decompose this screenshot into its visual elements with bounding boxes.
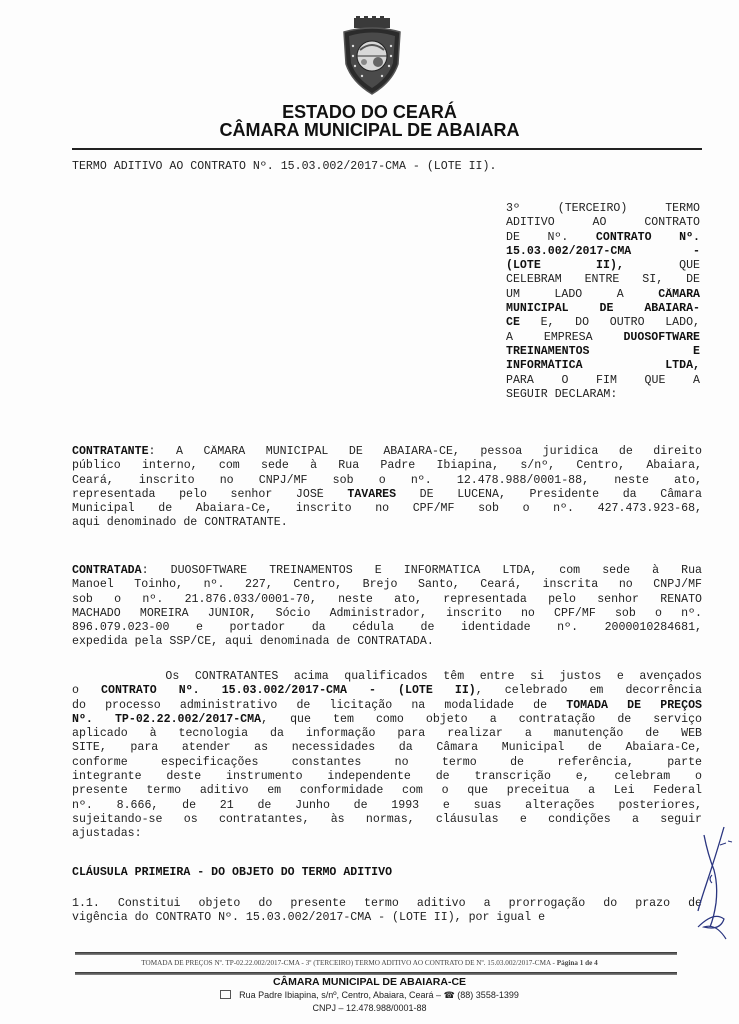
text-line: do processo administrativo de licitação … (72, 699, 702, 713)
footer-address: Rua Padre Ibiapina, s/nº, Centro, Abaiar… (0, 990, 739, 1001)
text-line: ajustadas: (72, 827, 702, 841)
header-divider (72, 148, 702, 150)
text-line: vigência do CONTRATO Nº. 15.03.002/2017-… (72, 911, 702, 925)
text-line: CELEBRAM ENTRE SI, DE (506, 273, 700, 287)
text-line: 3º (TERCEIRO) TERMO (506, 202, 700, 216)
footer-cnpj: CNPJ – 12.478.988/0001-88 (0, 1003, 739, 1013)
page-number: Página 1 de 4 (557, 959, 598, 967)
text-line: o CONTRATO Nº. 15.03.002/2017-CMA - (LOT… (72, 684, 702, 698)
text-line: 1.1. Constitui objeto do presente termo … (72, 897, 702, 911)
chamber-name: CÂMARA MUNICIPAL DE ABAIARA (0, 120, 739, 141)
text-line: TREINAMENTOS E (506, 345, 700, 359)
text-line: conforme especificações constantes no te… (72, 756, 702, 770)
text-line: sujeitando-se os contratantes, às normas… (72, 813, 702, 827)
text-line: sob o nº. 21.876.033/0001-70, neste ato,… (72, 593, 702, 607)
text-line: A EMPRESA DUOSOFTWARE (506, 331, 700, 345)
text-line: presente termo aditivo em conformidade c… (72, 784, 702, 798)
text-line: CONTRATANTE: A CÂMARA MUNICIPAL DE ABAIA… (72, 445, 702, 459)
text-line: 15.03.002/2017-CMA - (506, 245, 700, 259)
text-line: público interno, com sede à Rua Padre Ib… (72, 459, 702, 473)
text-line: MUNICIPAL DE ABAIARA- (506, 302, 700, 316)
text-line: aplicado à tecnologia da informação para… (72, 727, 702, 741)
text-line: nº. 8.666, de 21 de Junho de 1993 e suas… (72, 799, 702, 813)
text-line: Os CONTRATANTES acima qualificados têm e… (72, 670, 702, 684)
footer-org-name: CÂMARA MUNICIPAL DE ABAIARA-CE (0, 976, 739, 988)
text-line: aqui denominado de CONTRATANTE. (72, 516, 702, 530)
text-line: integrante deste instrumento independent… (72, 770, 702, 784)
text-line: UM LADO A CÂMARA (506, 288, 700, 302)
text-line: 896.079.023-00 e portador da cédula de i… (72, 621, 702, 635)
telephone-icon: ☎ (444, 990, 455, 1000)
text-line: CE E, DO OUTRO LADO, (506, 316, 700, 330)
signature-icon (690, 815, 735, 940)
text-line: Nº. TP-02.22.002/2017-CMA, que tem como … (72, 713, 702, 727)
text-line: (LOTE II), QUE (506, 259, 700, 273)
text-line: Ceará, inscrito no CNPJ/MF sob o nº. 12.… (72, 474, 702, 488)
text-line: representada pelo senhor JOSÉ TAVARES DE… (72, 488, 702, 502)
amendment-summary: 3º (TERCEIRO) TERMOADITIVO AO CONTRATODE… (506, 202, 700, 402)
text-line: Municipal de Abaiara-Ce, inscrito no CPF… (72, 502, 702, 516)
preamble-paragraph: Os CONTRATANTES acima qualificados têm e… (72, 670, 702, 842)
text-line: DE Nº. CONTRATO Nº. (506, 231, 700, 245)
footer-divider-bottom (75, 972, 677, 975)
text-line: Manoel Toinho, nº. 227, Centro, Brejo Sa… (72, 578, 702, 592)
ceara-state-crest-icon (340, 16, 404, 96)
clause-one-item-1-1: 1.1. Constitui objeto do presente termo … (72, 897, 702, 926)
footer-divider-top (75, 952, 677, 955)
contratante-paragraph: CONTRATANTE: A CÂMARA MUNICIPAL DE ABAIA… (72, 445, 702, 531)
text-line: PARA O FIM QUE A (506, 374, 700, 388)
envelope-icon (220, 990, 231, 999)
contratada-paragraph: CONTRATADA: DUOSOFTWARE TREINAMENTOS E I… (72, 564, 702, 650)
document-page: ESTADO DO CEARÁ CÂMARA MUNICIPAL DE ABAI… (0, 0, 739, 1024)
text-line: SEGUIR DECLARAM: (506, 388, 700, 402)
text-line: SITE, para atender as necessidades da Câ… (72, 741, 702, 755)
footer-reference: TOMADA DE PREÇOS Nº. TP-02.22.002/2017-C… (0, 959, 739, 967)
text-line: ADITIVO AO CONTRATO (506, 216, 700, 230)
text-line: MACHADO MOREIRA JÚNIOR, Sócio Administra… (72, 607, 702, 621)
document-heading: TERMO ADITIVO AO CONTRATO Nº. 15.03.002/… (72, 160, 496, 174)
clause-one-title: CLÁUSULA PRIMEIRA - DO OBJETO DO TERMO A… (72, 866, 702, 880)
text-line: INFORMÁTICA LTDA, (506, 359, 700, 373)
text-line: expedida pela SSP/CE, aqui denominada de… (72, 635, 702, 649)
text-line: CONTRATADA: DUOSOFTWARE TREINAMENTOS E I… (72, 564, 702, 578)
